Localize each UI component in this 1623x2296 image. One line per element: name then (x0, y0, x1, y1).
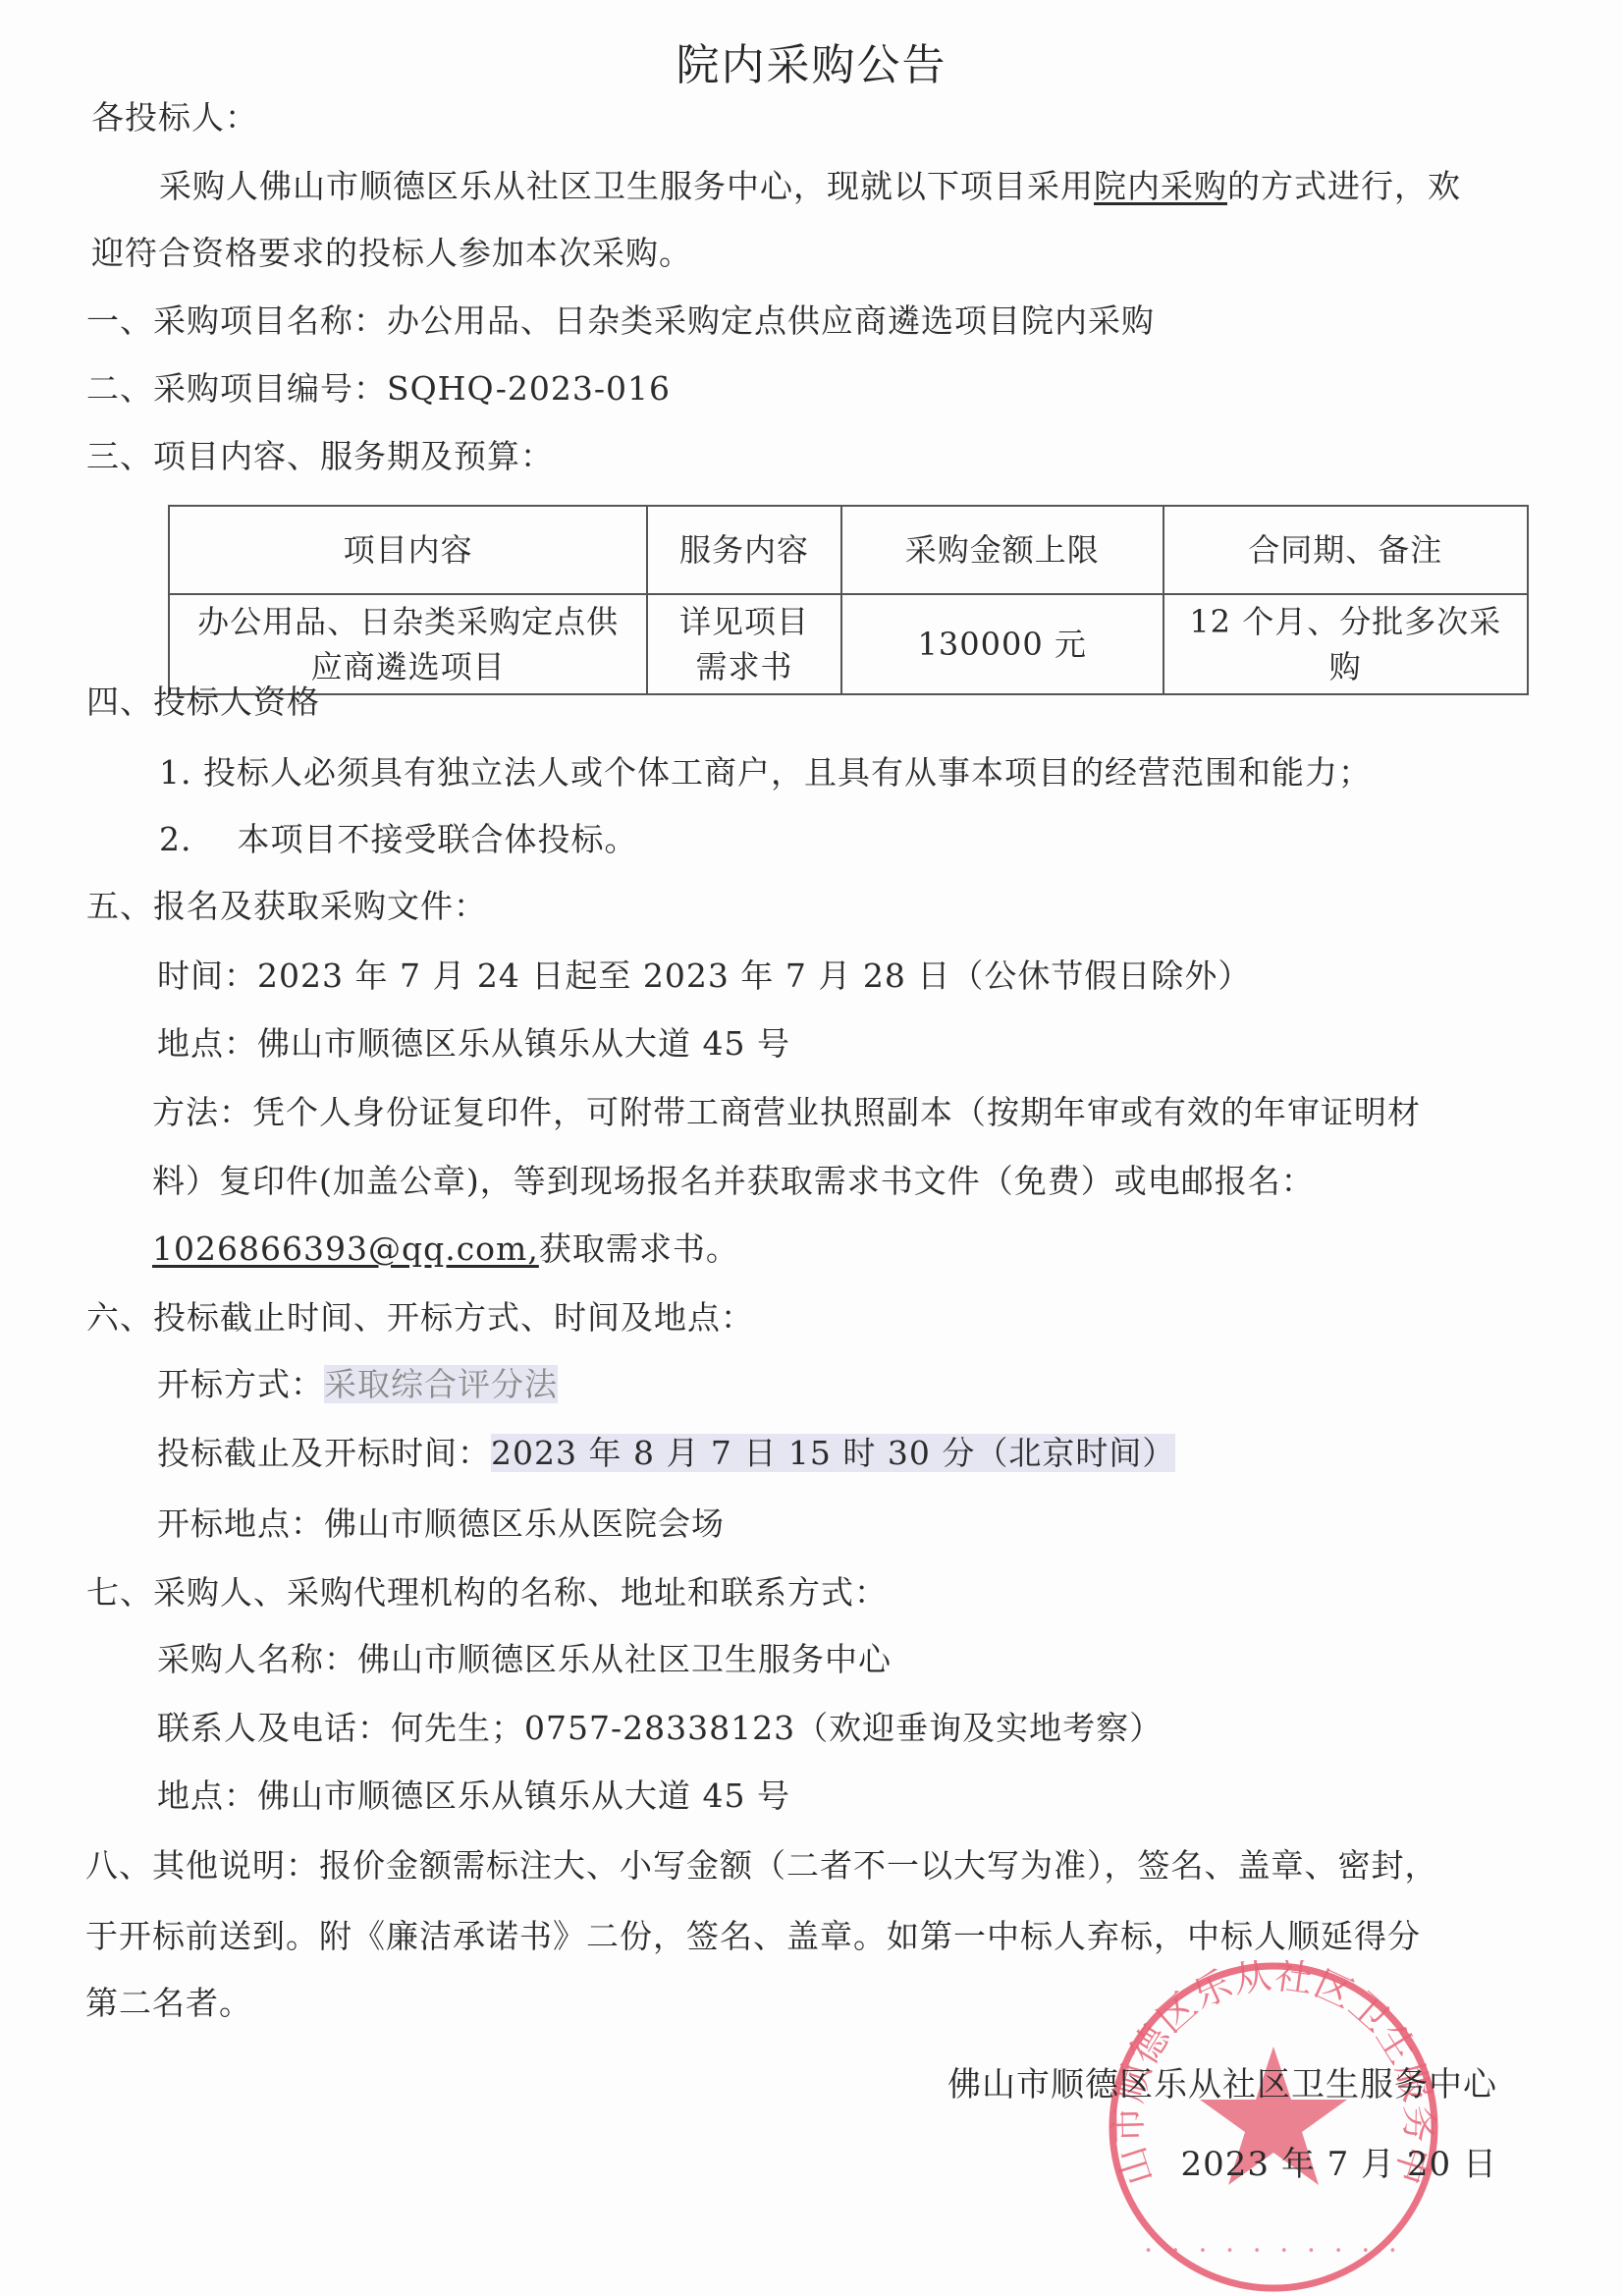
cell-service-line-1: 详见项目 (654, 599, 835, 644)
intro-text-pre: 采购人佛山市顺德区乐从社区卫生服务中心，现就以下项目采用 (159, 167, 1094, 205)
email-suffix: 获取需求书。 (539, 1230, 739, 1268)
intro-line-1: 采购人佛山市顺德区乐从社区卫生服务中心，现就以下项目采用院内采购的方式进行，欢 (159, 165, 1461, 208)
header-amount-cap: 采购金额上限 (841, 506, 1163, 594)
cell-amount-cap: 130000 元 (841, 594, 1163, 694)
registration-method-line-2: 料）复印件(加盖公章)，等到现场报名并获取需求书文件（免费）或电邮报名： (152, 1160, 1315, 1203)
email-link[interactable]: 1026866393@qq.com, (152, 1230, 539, 1268)
purchaser-name: 采购人名称：佛山市顺德区乐从社区卫生服务中心 (157, 1638, 892, 1681)
section-8-line-3: 第二名者。 (85, 1982, 252, 2025)
intro-line-2: 迎符合资格要求的投标人参加本次采购。 (91, 232, 692, 275)
bid-opening-method: 开标方式：采取综合评分法 (157, 1363, 558, 1406)
bid-deadline-label: 投标截止及开标时间： (157, 1434, 491, 1472)
salutation: 各投标人： (91, 96, 258, 139)
signature-date: 2023 年 7 月 20 日 (1181, 2143, 1497, 2186)
intro-text-post: 的方式进行，欢 (1227, 167, 1461, 205)
registration-time: 时间：2023 年 7 月 24 日起至 2023 年 7 月 28 日（公休节… (157, 955, 1251, 998)
cell-contract-term: 12 个月、分批多次采 购 (1163, 594, 1528, 694)
cell-project-content-line-1: 办公用品、日杂类采购定点供 (176, 599, 640, 644)
bid-opening-place-label: 开标地点： (157, 1504, 324, 1543)
cell-term-line-2: 购 (1170, 644, 1521, 689)
bid-deadline: 投标截止及开标时间：2023 年 8 月 7 日 15 时 30 分（北京时间） (157, 1432, 1175, 1475)
section-5-heading: 五、报名及获取采购文件： (86, 885, 487, 928)
contact-value: 何先生；0757-28338123（欢迎垂询及实地考察） (391, 1709, 1163, 1747)
section-3-heading: 三、项目内容、服务期及预算： (86, 435, 554, 478)
svg-text:• • • • • • • • • •: • • • • • • • • • • (1145, 2244, 1403, 2259)
bid-opening-method-value: 采取综合评分法 (324, 1365, 558, 1403)
section-2-project-number: 二、采购项目编号：SQHQ-2023-016 (86, 367, 671, 410)
registration-place: 地点：佛山市顺德区乐从镇乐从大道 45 号 (157, 1022, 790, 1066)
header-service-content: 服务内容 (647, 506, 841, 594)
purchaser-address: 地点：佛山市顺德区乐从镇乐从大道 45 号 (157, 1775, 790, 1818)
purchaser-name-label: 采购人名称： (157, 1640, 357, 1678)
cell-project-content: 办公用品、日杂类采购定点供 应商遴选项目 (169, 594, 647, 694)
cell-service-line-2: 需求书 (654, 644, 835, 689)
budget-table-header-row: 项目内容 服务内容 采购金额上限 合同期、备注 (169, 506, 1528, 594)
section-6-heading: 六、投标截止时间、开标方式、时间及地点： (86, 1296, 754, 1339)
budget-table: 项目内容 服务内容 采购金额上限 合同期、备注 办公用品、日杂类采购定点供 应商… (168, 505, 1529, 695)
section-8-label: 八、其他说明： (85, 1846, 319, 1885)
section-1-project-name: 一、采购项目名称：办公用品、日杂类采购定点供应商遴选项目院内采购 (86, 300, 1155, 343)
section-4-heading: 四、投标人资格 (86, 681, 320, 724)
section-8-line-2: 于开标前送到。附《廉洁承诺书》二份，签名、盖章。如第一中标人弃标，中标人顺延得分 (85, 1915, 1421, 1958)
section-7-heading: 七、采购人、采购代理机构的名称、地址和联系方式： (86, 1571, 888, 1614)
purchaser-name-value: 佛山市顺德区乐从社区卫生服务中心 (357, 1640, 892, 1678)
qualification-item-1: 1. 投标人必须具有独立法人或个体工商户，且具有从事本项目的经营范围和能力； (159, 751, 1372, 794)
qualification-item-2: 2. 本项目不接受联合体投标。 (159, 818, 637, 861)
section-8-line-1: 八、其他说明：报价金额需标注大、小写金额（二者不一以大写为准），签名、盖章、密封… (85, 1844, 1438, 1887)
cell-service-content: 详见项目 需求书 (647, 594, 841, 694)
registration-email-line: 1026866393@qq.com,获取需求书。 (152, 1228, 739, 1271)
registration-method-line-1: 方法：凭个人身份证复印件，可附带工商营业执照副本（按期年审或有效的年审证明材 (152, 1091, 1421, 1134)
section-8-text: 报价金额需标注大、小写金额（二者不一以大写为准），签名、盖章、密封， (319, 1846, 1438, 1885)
document-page: 院内采购公告 各投标人： 采购人佛山市顺德区乐从社区卫生服务中心，现就以下项目采… (0, 0, 1623, 2296)
header-project-content: 项目内容 (169, 506, 647, 594)
bid-opening-method-label: 开标方式： (157, 1365, 324, 1403)
contact-info: 联系人及电话：何先生；0757-28338123（欢迎垂询及实地考察） (157, 1707, 1163, 1750)
bid-opening-place-value: 佛山市顺德区乐从医院会场 (324, 1504, 725, 1543)
procurement-method-underlined: 院内采购 (1094, 167, 1227, 205)
header-contract-term: 合同期、备注 (1163, 506, 1528, 594)
table-row: 办公用品、日杂类采购定点供 应商遴选项目 详见项目 需求书 130000 元 1… (169, 594, 1528, 694)
bid-opening-place: 开标地点：佛山市顺德区乐从医院会场 (157, 1503, 725, 1546)
contact-label: 联系人及电话： (157, 1709, 391, 1747)
page-title: 院内采购公告 (0, 39, 1623, 92)
cell-term-line-1: 12 个月、分批多次采 (1170, 599, 1521, 644)
signature-organization: 佛山市顺德区乐从社区卫生服务中心 (947, 2063, 1497, 2106)
bid-deadline-value: 2023 年 8 月 7 日 15 时 30 分（北京时间） (491, 1434, 1175, 1472)
official-seal-stamp: 佛山市顺德区乐从社区卫生服务中心 • • • • • • • • • • (1107, 1960, 1440, 2294)
